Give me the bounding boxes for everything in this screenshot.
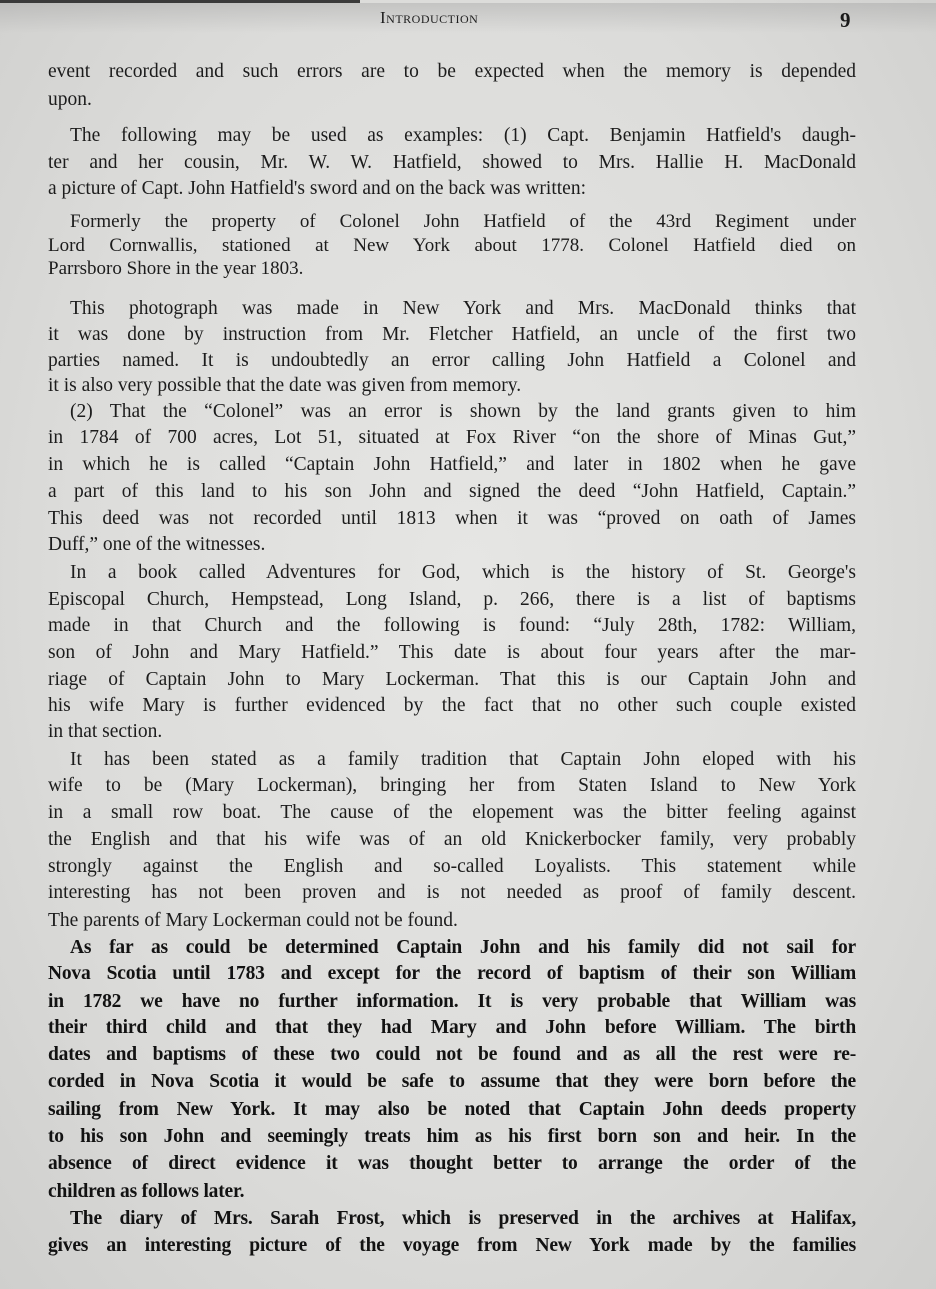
text-line: corded in Nova Scotia it would be safe t… [48, 1070, 856, 1094]
quote-line: Lord Cornwallis, stationed at New York a… [48, 234, 856, 258]
text-line: Nova Scotia until 1783 and except for th… [48, 962, 856, 986]
text-line: The following may be used as examples: (… [48, 124, 856, 148]
text-line: in 1784 of 700 acres, Lot 51, situated a… [48, 426, 856, 450]
text-line: dates and baptisms of these two could no… [48, 1043, 856, 1067]
text-line: sailing from New York. It may also be no… [48, 1098, 856, 1122]
text-line: riage of Captain John to Mary Lockerman.… [48, 668, 856, 692]
text-line: strongly against the English and so-call… [48, 855, 856, 879]
text-line: their third child and that they had Mary… [48, 1016, 856, 1040]
text-line: the English and that his wife was of an … [48, 828, 856, 852]
text-line: Duff,” one of the witnesses. [48, 533, 856, 557]
text-line: It has been stated as a family tradition… [48, 748, 856, 772]
page-number: 9 [840, 8, 851, 33]
text-line: son of John and Mary Hatfield.” This dat… [48, 641, 856, 665]
text-line: absence of direct evidence it was though… [48, 1152, 856, 1176]
text-line: his wife Mary is further evidenced by th… [48, 694, 856, 718]
text-line: gives an interesting picture of the voya… [48, 1234, 856, 1258]
text-line: This photograph was made in New York and… [48, 297, 856, 321]
text-line: The diary of Mrs. Sarah Frost, which is … [48, 1207, 856, 1231]
text-line: This deed was not recorded until 1813 wh… [48, 507, 856, 531]
text-line: in a small row boat. The cause of the el… [48, 801, 856, 825]
text-line: a picture of Capt. John Hatfield's sword… [48, 177, 856, 201]
text-line: children as follows later. [48, 1180, 856, 1204]
text-line: upon. [48, 88, 856, 112]
book-page: Introduction 9 event recorded and such e… [0, 0, 936, 1289]
text-line: (2) That the “Colonel” was an error is s… [48, 400, 856, 424]
text-line: to his son John and seemingly treats him… [48, 1125, 856, 1149]
text-line: In a book called Adventures for God, whi… [48, 561, 856, 585]
quote-line: Parrsboro Shore in the year 1803. [48, 257, 856, 281]
quote-line: Formerly the property of Colonel John Ha… [48, 210, 856, 234]
text-line: it was done by instruction from Mr. Flet… [48, 323, 856, 347]
text-line: The parents of Mary Lockerman could not … [48, 909, 856, 933]
running-title: Introduction [380, 8, 478, 28]
text-line: it is also very possible that the date w… [48, 374, 856, 398]
text-line: in that section. [48, 720, 856, 744]
text-line: made in that Church and the following is… [48, 614, 856, 638]
text-line: As far as could be determined Captain Jo… [48, 936, 856, 960]
text-line: in which he is called “Captain John Hatf… [48, 453, 856, 477]
text-line: wife to be (Mary Lockerman), bringing he… [48, 774, 856, 798]
text-line: interesting has not been proven and is n… [48, 881, 856, 905]
text-line: in 1782 we have no further information. … [48, 990, 856, 1014]
text-line: Episcopal Church, Hempstead, Long Island… [48, 588, 856, 612]
text-line: parties named. It is undoubtedly an erro… [48, 349, 856, 373]
text-line: a part of this land to his son John and … [48, 480, 856, 504]
text-line: event recorded and such errors are to be… [48, 60, 856, 84]
text-line: ter and her cousin, Mr. W. W. Hatfield, … [48, 151, 856, 175]
